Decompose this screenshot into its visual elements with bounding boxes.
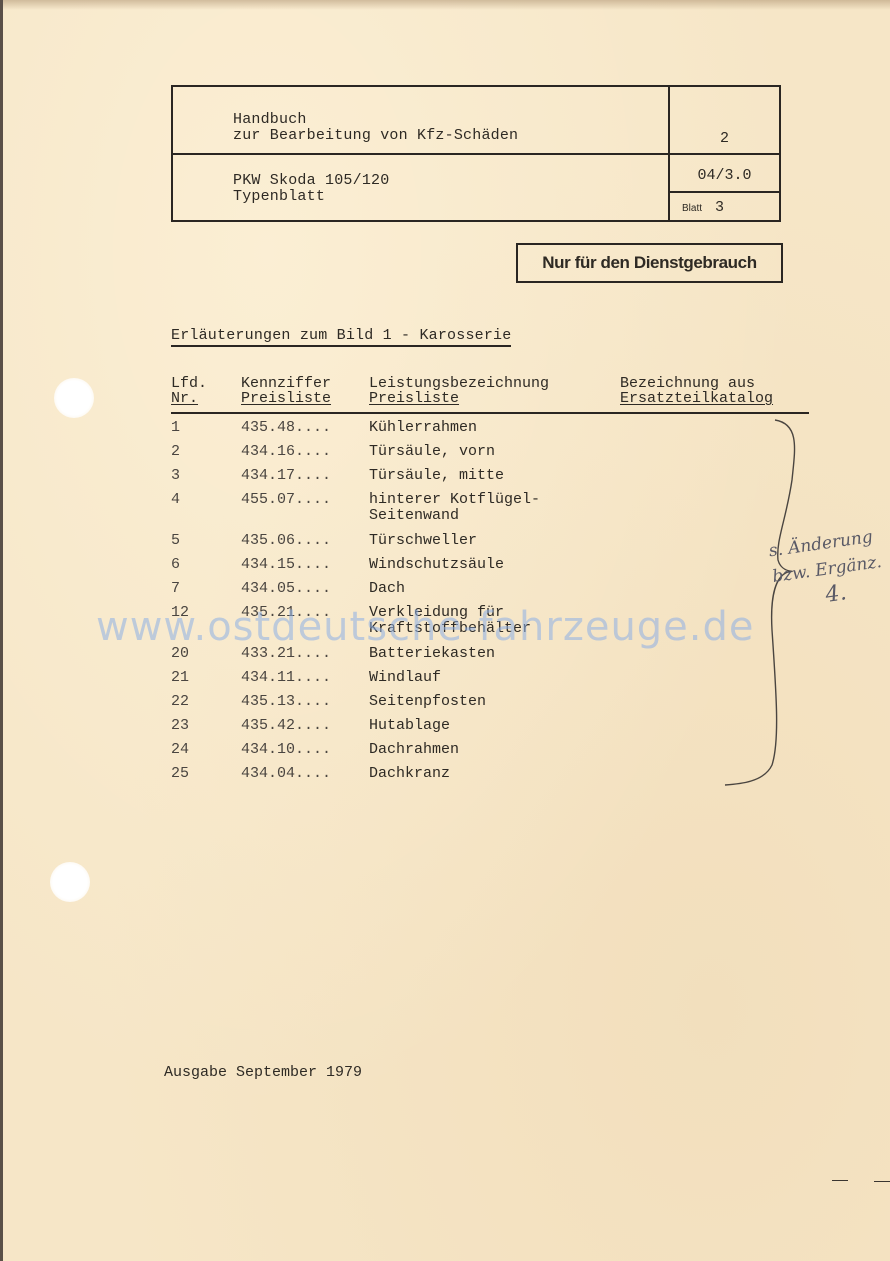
table-row: 3 434.17.... Türsäule, mitte: [171, 468, 809, 492]
table-row: 20 433.21.... Batteriekasten: [171, 646, 809, 670]
section-code-cell: 04/3.0: [670, 155, 779, 193]
classification-stamp: Nur für den Dienstgebrauch: [516, 243, 783, 283]
margin-mark: [874, 1181, 890, 1182]
column-header-code: Kennziffer Preisliste: [241, 376, 331, 406]
sheet-number: 3: [715, 199, 724, 216]
manual-title-cell: Handbuch zur Bearbeitung von Kfz-Schäden: [173, 87, 670, 155]
section-title: Erläuterungen zum Bild 1 - Karosserie: [171, 327, 511, 347]
column-header-catalog: Bezeichnung aus Ersatzteilkatalog: [620, 376, 773, 406]
table-row: 12 435.21.... Verkleidung für Kraftstoff…: [171, 605, 809, 646]
edition-date: Ausgabe September 1979: [164, 1064, 362, 1081]
punch-hole-bottom: [50, 862, 90, 902]
vehicle-model: PKW Skoda 105/120: [233, 173, 389, 189]
parts-table: Lfd. Nr. Kennziffer Preisliste Leistungs…: [171, 376, 809, 790]
table-row: 1 435.48.... Kühlerrahmen: [171, 420, 809, 444]
document-type: Typenblatt: [233, 189, 389, 205]
table-row: 21 434.11.... Windlauf: [171, 670, 809, 694]
title-block: Handbuch zur Bearbeitung von Kfz-Schäden…: [171, 85, 781, 222]
volume-number: 2: [670, 130, 779, 147]
page-top-shadow: [0, 0, 890, 10]
table-row: 2 434.16.... Türsäule, vorn: [171, 444, 809, 468]
table-row: 22 435.13.... Seitenpfosten: [171, 694, 809, 718]
table-row: 24 434.10.... Dachrahmen: [171, 742, 809, 766]
sheet-cell: Blatt 3: [670, 193, 779, 220]
section-code: 04/3.0: [670, 167, 779, 184]
table-row: 23 435.42.... Hutablage: [171, 718, 809, 742]
column-header-nr: Lfd. Nr.: [171, 376, 207, 406]
manual-title-line1: Handbuch: [233, 112, 518, 128]
column-header-description: Leistungsbezeichnung Preisliste: [369, 376, 549, 406]
table-row: 25 434.04.... Dachkranz: [171, 766, 809, 790]
handwritten-note: s. Änderung bzw. Ergänz. 4.: [767, 522, 890, 616]
sheet-label: Blatt: [682, 203, 702, 214]
table-header: Lfd. Nr. Kennziffer Preisliste Leistungs…: [171, 376, 809, 414]
table-row: 4 455.07.... hinterer Kotflügel- Seitenw…: [171, 492, 809, 533]
table-row: 7 434.05.... Dach: [171, 581, 809, 605]
punch-hole-top: [54, 378, 94, 418]
margin-mark: [832, 1180, 848, 1181]
manual-title-line2: zur Bearbeitung von Kfz-Schäden: [233, 128, 518, 144]
volume-cell: 2: [670, 87, 779, 155]
page-left-edge: [0, 0, 3, 1261]
vehicle-cell: PKW Skoda 105/120 Typenblatt: [173, 155, 670, 220]
table-row: 5 435.06.... Türschweller: [171, 533, 809, 557]
table-row: 6 434.15.... Windschutzsäule: [171, 557, 809, 581]
